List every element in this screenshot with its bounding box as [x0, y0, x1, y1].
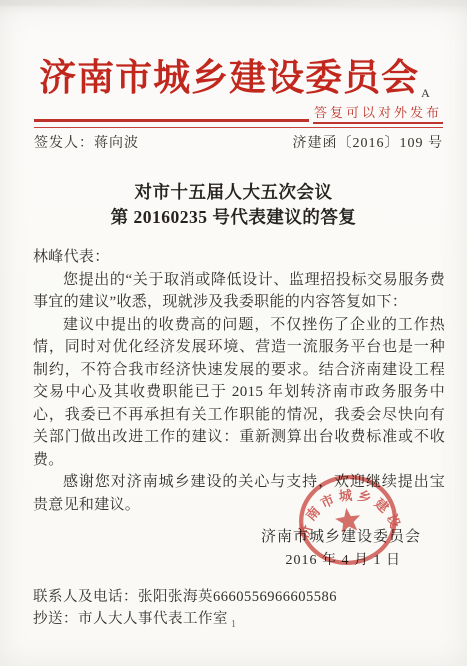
contact-name-2: 张海英: [168, 589, 213, 605]
issuer-name: 蒋向波: [94, 136, 139, 151]
issuer: 签发人：蒋向波: [34, 134, 139, 154]
paragraph-1: 您提出的“关于取消或降低设计、监理招投标交易服务费事宜的建议”收悉，现就涉及我委…: [33, 269, 445, 314]
paragraph-2: 建议中提出的收费高的问题，不仅挫伤了企业的工作热情，同时对优化经济发展环境、营造…: [33, 314, 445, 472]
document-title: 对市十五届人大五次会议 第 20160235 号代表建议的答复: [0, 180, 467, 230]
scan-artifact-band: [0, 0, 467, 6]
rule-thin-line: [34, 127, 443, 128]
title-line-1: 对市十五届人大五次会议: [0, 180, 467, 205]
contact-line: 联系人及电话：张阳张海英6660556966605586: [33, 586, 443, 608]
document-page: 济南市城乡建设委员会A 答复可以对外发布 签发人：蒋向波 济建函〔2016〕10…: [0, 0, 467, 666]
title-line-2: 第 20160235 号代表建议的答复: [0, 205, 467, 230]
contact-label: 联系人及电话：: [33, 589, 138, 605]
contact-phone-1: 66605569: [213, 589, 275, 605]
page-number: 1: [0, 619, 467, 630]
stamp-star: [334, 506, 362, 533]
doc-number: 济建函〔2016〕109 号: [293, 134, 444, 154]
rule-thick-line: [34, 119, 309, 122]
meta-row: 签发人：蒋向波 济建函〔2016〕109 号: [34, 134, 443, 154]
org-name-text: 济南市城乡建设委员会: [39, 58, 419, 99]
salutation: 林峰代表：: [33, 246, 445, 269]
letterhead-org-title: 济南市城乡建设委员会A: [0, 56, 467, 102]
letterhead-rule: 答复可以对外发布: [34, 102, 443, 129]
contact-phone-2: 66605586: [275, 589, 337, 605]
contact-name-1: 张阳: [138, 589, 168, 605]
release-note: 答复可以对外发布: [313, 104, 443, 124]
issuer-label: 签发人：: [34, 136, 94, 151]
official-stamp: 济南市城乡建设委员会: [290, 465, 406, 575]
copy-mark: A: [421, 86, 430, 100]
